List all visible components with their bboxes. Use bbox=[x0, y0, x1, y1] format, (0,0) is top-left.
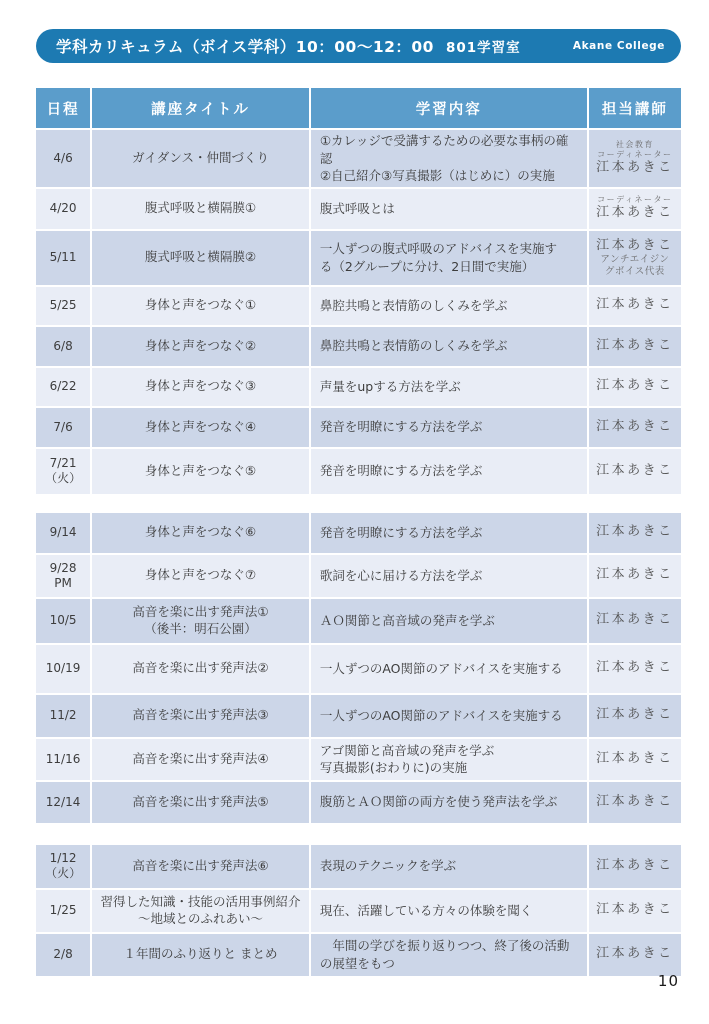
course-title-cell: ガイダンス・仲間づくり bbox=[91, 129, 310, 188]
instructor-cell: 江本あきこ bbox=[588, 448, 682, 495]
table-row: 9/14身体と声をつなぐ⑥発音を明瞭にする方法を学ぶ江本あきこ bbox=[35, 512, 682, 554]
learning-content-cell: ＡＯ関節と高音域の発声を学ぶ bbox=[310, 598, 588, 644]
instructor-cell: 江本あきこ bbox=[588, 844, 682, 889]
learning-content-cell: 年間の学びを振り返りつつ、終了後の活動の展望をもつ bbox=[310, 933, 588, 977]
schedule-table-2: 9/14身体と声をつなぐ⑥発音を明瞭にする方法を学ぶ江本あきこ9/28PM身体と… bbox=[34, 511, 683, 825]
instructor-text: 江本あきこ bbox=[591, 419, 679, 435]
document-page: 学科カリキュラム（ボイス学科）10：00～12：00 801学習室 Akane … bbox=[0, 0, 709, 1024]
instructor-cell: 江本あきこ bbox=[588, 367, 682, 407]
course-title-cell: 身体と声をつなぐ⑤ bbox=[91, 448, 310, 495]
instructor-text: 江本あきこ bbox=[591, 794, 679, 810]
learning-content-cell: 腹筋とＡＯ関節の両方を使う発声法を学ぶ bbox=[310, 781, 588, 824]
course-title-cell: 身体と声をつなぐ⑥ bbox=[91, 512, 310, 554]
instructor-cell: 江本あきこ bbox=[588, 781, 682, 824]
date-cell: 9/14 bbox=[35, 512, 91, 554]
page-title: 学科カリキュラム（ボイス学科）10：00～12：00 bbox=[56, 35, 434, 57]
date-cell: 6/8 bbox=[35, 326, 91, 367]
learning-content-cell: 声量をupする方法を学ぶ bbox=[310, 367, 588, 407]
instructor-cell: 江本あきこ bbox=[588, 694, 682, 738]
room-label: 801学習室 bbox=[446, 36, 521, 56]
learning-content-cell: アゴ関節と高音域の発声を学ぶ写真撮影(おわりに)の実施 bbox=[310, 738, 588, 781]
course-title-cell: 高音を楽に出す発声法⑥ bbox=[91, 844, 310, 889]
date-cell: 11/2 bbox=[35, 694, 91, 738]
instructor-cell: 江本あきこ bbox=[588, 644, 682, 694]
instructor-cell: 江本あきこ bbox=[588, 933, 682, 977]
course-title-cell: 高音を楽に出す発声法③ bbox=[91, 694, 310, 738]
learning-content-cell: 現在、活躍している方々の体験を聞く bbox=[310, 889, 588, 933]
instructor-text: 江本あきこ bbox=[591, 567, 679, 583]
course-title-cell: 身体と声をつなぐ④ bbox=[91, 407, 310, 448]
table-row: 11/16高音を楽に出す発声法④アゴ関節と高音域の発声を学ぶ写真撮影(おわりに)… bbox=[35, 738, 682, 781]
instructor-text: 江本あきこ bbox=[591, 524, 679, 540]
course-title-cell: 習得した知識・技能の活用事例紹介～地域とのふれあい～ bbox=[91, 889, 310, 933]
column-header: 講座タイトル bbox=[91, 87, 310, 129]
instructor-cell: 江本あきこ bbox=[588, 554, 682, 598]
date-cell: 4/6 bbox=[35, 129, 91, 188]
learning-content-cell: ①カレッジで受講するための必要な事柄の確認②自己紹介③写真撮影（はじめに）の実施 bbox=[310, 129, 588, 188]
instructor-cell: 江本あきこアンチエイジングボイス代表 bbox=[588, 230, 682, 286]
date-cell: 11/16 bbox=[35, 738, 91, 781]
course-title-cell: 腹式呼吸と横隔膜② bbox=[91, 230, 310, 286]
course-title-cell: 高音を楽に出す発声法⑤ bbox=[91, 781, 310, 824]
course-title-cell: 身体と声をつなぐ⑦ bbox=[91, 554, 310, 598]
instructor-cell: 江本あきこ bbox=[588, 326, 682, 367]
instructor-text: 江本あきこ bbox=[591, 378, 679, 394]
learning-content-cell: 腹式呼吸とは bbox=[310, 188, 588, 230]
course-title-cell: １年間のふり返りと まとめ bbox=[91, 933, 310, 977]
learning-content-cell: 歌詞を心に届ける方法を学ぶ bbox=[310, 554, 588, 598]
learning-content-cell: 一人ずつのAO関節のアドバイスを実施する bbox=[310, 644, 588, 694]
date-cell: 5/25 bbox=[35, 286, 91, 326]
instructor-text: 江本あきこ bbox=[591, 946, 679, 962]
date-cell: 1/12（火） bbox=[35, 844, 91, 889]
instructor-cell: 江本あきこ bbox=[588, 407, 682, 448]
date-cell: 2/8 bbox=[35, 933, 91, 977]
instructor-text: 江本あきこ bbox=[591, 660, 679, 676]
course-title-cell: 腹式呼吸と横隔膜① bbox=[91, 188, 310, 230]
instructor-text: 社会教育 bbox=[591, 140, 679, 150]
table-row: 4/20腹式呼吸と横隔膜①腹式呼吸とはコーディネーター江本あきこ bbox=[35, 188, 682, 230]
schedule-table-1: 日程講座タイトル学習内容担当講師4/6ガイダンス・仲間づくり①カレッジで受講する… bbox=[34, 86, 683, 496]
instructor-cell: 江本あきこ bbox=[588, 738, 682, 781]
table-row: 6/22身体と声をつなぐ③声量をupする方法を学ぶ江本あきこ bbox=[35, 367, 682, 407]
learning-content-cell: 発音を明瞭にする方法を学ぶ bbox=[310, 407, 588, 448]
table-row: 10/5高音を楽に出す発声法①（後半：明石公園）ＡＯ関節と高音域の発声を学ぶ江本… bbox=[35, 598, 682, 644]
column-header: 日程 bbox=[35, 87, 91, 129]
table-row: 9/28PM身体と声をつなぐ⑦歌詞を心に届ける方法を学ぶ江本あきこ bbox=[35, 554, 682, 598]
instructor-cell: コーディネーター江本あきこ bbox=[588, 188, 682, 230]
table-header-row: 日程講座タイトル学習内容担当講師 bbox=[35, 87, 682, 129]
date-cell: 7/6 bbox=[35, 407, 91, 448]
course-title-cell: 高音を楽に出す発声法④ bbox=[91, 738, 310, 781]
learning-content-cell: 一人ずつの腹式呼吸のアドバイスを実施する（2グループに分け、2日間で実施） bbox=[310, 230, 588, 286]
date-cell: 1/25 bbox=[35, 889, 91, 933]
table-row: 7/21（火）身体と声をつなぐ⑤発音を明瞭にする方法を学ぶ江本あきこ bbox=[35, 448, 682, 495]
instructor-cell: 江本あきこ bbox=[588, 889, 682, 933]
instructor-text: グボイス代表 bbox=[591, 266, 679, 278]
course-title-cell: 高音を楽に出す発声法①（後半：明石公園） bbox=[91, 598, 310, 644]
learning-content-cell: 鼻腔共鳴と表情筋のしくみを学ぶ bbox=[310, 286, 588, 326]
course-title-cell: 身体と声をつなぐ② bbox=[91, 326, 310, 367]
title-banner: 学科カリキュラム（ボイス学科）10：00～12：00 801学習室 Akane … bbox=[36, 29, 681, 63]
instructor-text: 江本あきこ bbox=[591, 463, 679, 479]
table-row: 2/8１年間のふり返りと まとめ 年間の学びを振り返りつつ、終了後の活動の展望を… bbox=[35, 933, 682, 977]
date-cell: 7/21（火） bbox=[35, 448, 91, 495]
learning-content-cell: 表現のテクニックを学ぶ bbox=[310, 844, 588, 889]
table-row: 11/2高音を楽に出す発声法③一人ずつのAO関節のアドバイスを実施する江本あきこ bbox=[35, 694, 682, 738]
instructor-text: コーディネーター bbox=[591, 150, 679, 160]
instructor-text: 江本あきこ bbox=[591, 612, 679, 628]
instructor-text: 江本あきこ bbox=[591, 338, 679, 354]
instructor-cell: 江本あきこ bbox=[588, 512, 682, 554]
instructor-text: 江本あきこ bbox=[591, 205, 679, 221]
learning-content-cell: 鼻腔共鳴と表情筋のしくみを学ぶ bbox=[310, 326, 588, 367]
date-cell: 10/5 bbox=[35, 598, 91, 644]
instructor-text: コーディネーター bbox=[591, 195, 679, 205]
instructor-text: アンチエイジン bbox=[591, 254, 679, 266]
course-title-cell: 身体と声をつなぐ① bbox=[91, 286, 310, 326]
college-brand: Akane College bbox=[573, 40, 665, 52]
date-cell: 6/22 bbox=[35, 367, 91, 407]
learning-content-cell: 一人ずつのAO関節のアドバイスを実施する bbox=[310, 694, 588, 738]
page-number: 10 bbox=[658, 972, 679, 990]
curriculum-tables: 日程講座タイトル学習内容担当講師4/6ガイダンス・仲間づくり①カレッジで受講する… bbox=[34, 86, 683, 978]
date-cell: 4/20 bbox=[35, 188, 91, 230]
instructor-text: 江本あきこ bbox=[591, 160, 679, 176]
date-cell: 5/11 bbox=[35, 230, 91, 286]
instructor-text: 江本あきこ bbox=[591, 707, 679, 723]
table-row: 5/11腹式呼吸と横隔膜②一人ずつの腹式呼吸のアドバイスを実施する（2グループに… bbox=[35, 230, 682, 286]
column-header: 学習内容 bbox=[310, 87, 588, 129]
instructor-text: 江本あきこ bbox=[591, 238, 679, 254]
table-row: 10/19高音を楽に出す発声法②一人ずつのAO関節のアドバイスを実施する江本あき… bbox=[35, 644, 682, 694]
instructor-cell: 江本あきこ bbox=[588, 598, 682, 644]
table-row: 1/12（火）高音を楽に出す発声法⑥表現のテクニックを学ぶ江本あきこ bbox=[35, 844, 682, 889]
date-cell: 12/14 bbox=[35, 781, 91, 824]
date-cell: 9/28PM bbox=[35, 554, 91, 598]
table-row: 1/25習得した知識・技能の活用事例紹介～地域とのふれあい～現在、活躍している方… bbox=[35, 889, 682, 933]
instructor-text: 江本あきこ bbox=[591, 902, 679, 918]
instructor-text: 江本あきこ bbox=[591, 297, 679, 313]
learning-content-cell: 発音を明瞭にする方法を学ぶ bbox=[310, 512, 588, 554]
column-header: 担当講師 bbox=[588, 87, 682, 129]
table-row: 12/14高音を楽に出す発声法⑤腹筋とＡＯ関節の両方を使う発声法を学ぶ江本あきこ bbox=[35, 781, 682, 824]
course-title-cell: 高音を楽に出す発声法② bbox=[91, 644, 310, 694]
schedule-table-3: 1/12（火）高音を楽に出す発声法⑥表現のテクニックを学ぶ江本あきこ1/25習得… bbox=[34, 843, 683, 978]
course-title-cell: 身体と声をつなぐ③ bbox=[91, 367, 310, 407]
table-row: 4/6ガイダンス・仲間づくり①カレッジで受講するための必要な事柄の確認②自己紹介… bbox=[35, 129, 682, 188]
instructor-cell: 社会教育コーディネーター江本あきこ bbox=[588, 129, 682, 188]
table-row: 6/8身体と声をつなぐ②鼻腔共鳴と表情筋のしくみを学ぶ江本あきこ bbox=[35, 326, 682, 367]
instructor-text: 江本あきこ bbox=[591, 751, 679, 767]
table-row: 5/25身体と声をつなぐ①鼻腔共鳴と表情筋のしくみを学ぶ江本あきこ bbox=[35, 286, 682, 326]
learning-content-cell: 発音を明瞭にする方法を学ぶ bbox=[310, 448, 588, 495]
instructor-cell: 江本あきこ bbox=[588, 286, 682, 326]
instructor-text: 江本あきこ bbox=[591, 858, 679, 874]
date-cell: 10/19 bbox=[35, 644, 91, 694]
table-row: 7/6身体と声をつなぐ④発音を明瞭にする方法を学ぶ江本あきこ bbox=[35, 407, 682, 448]
